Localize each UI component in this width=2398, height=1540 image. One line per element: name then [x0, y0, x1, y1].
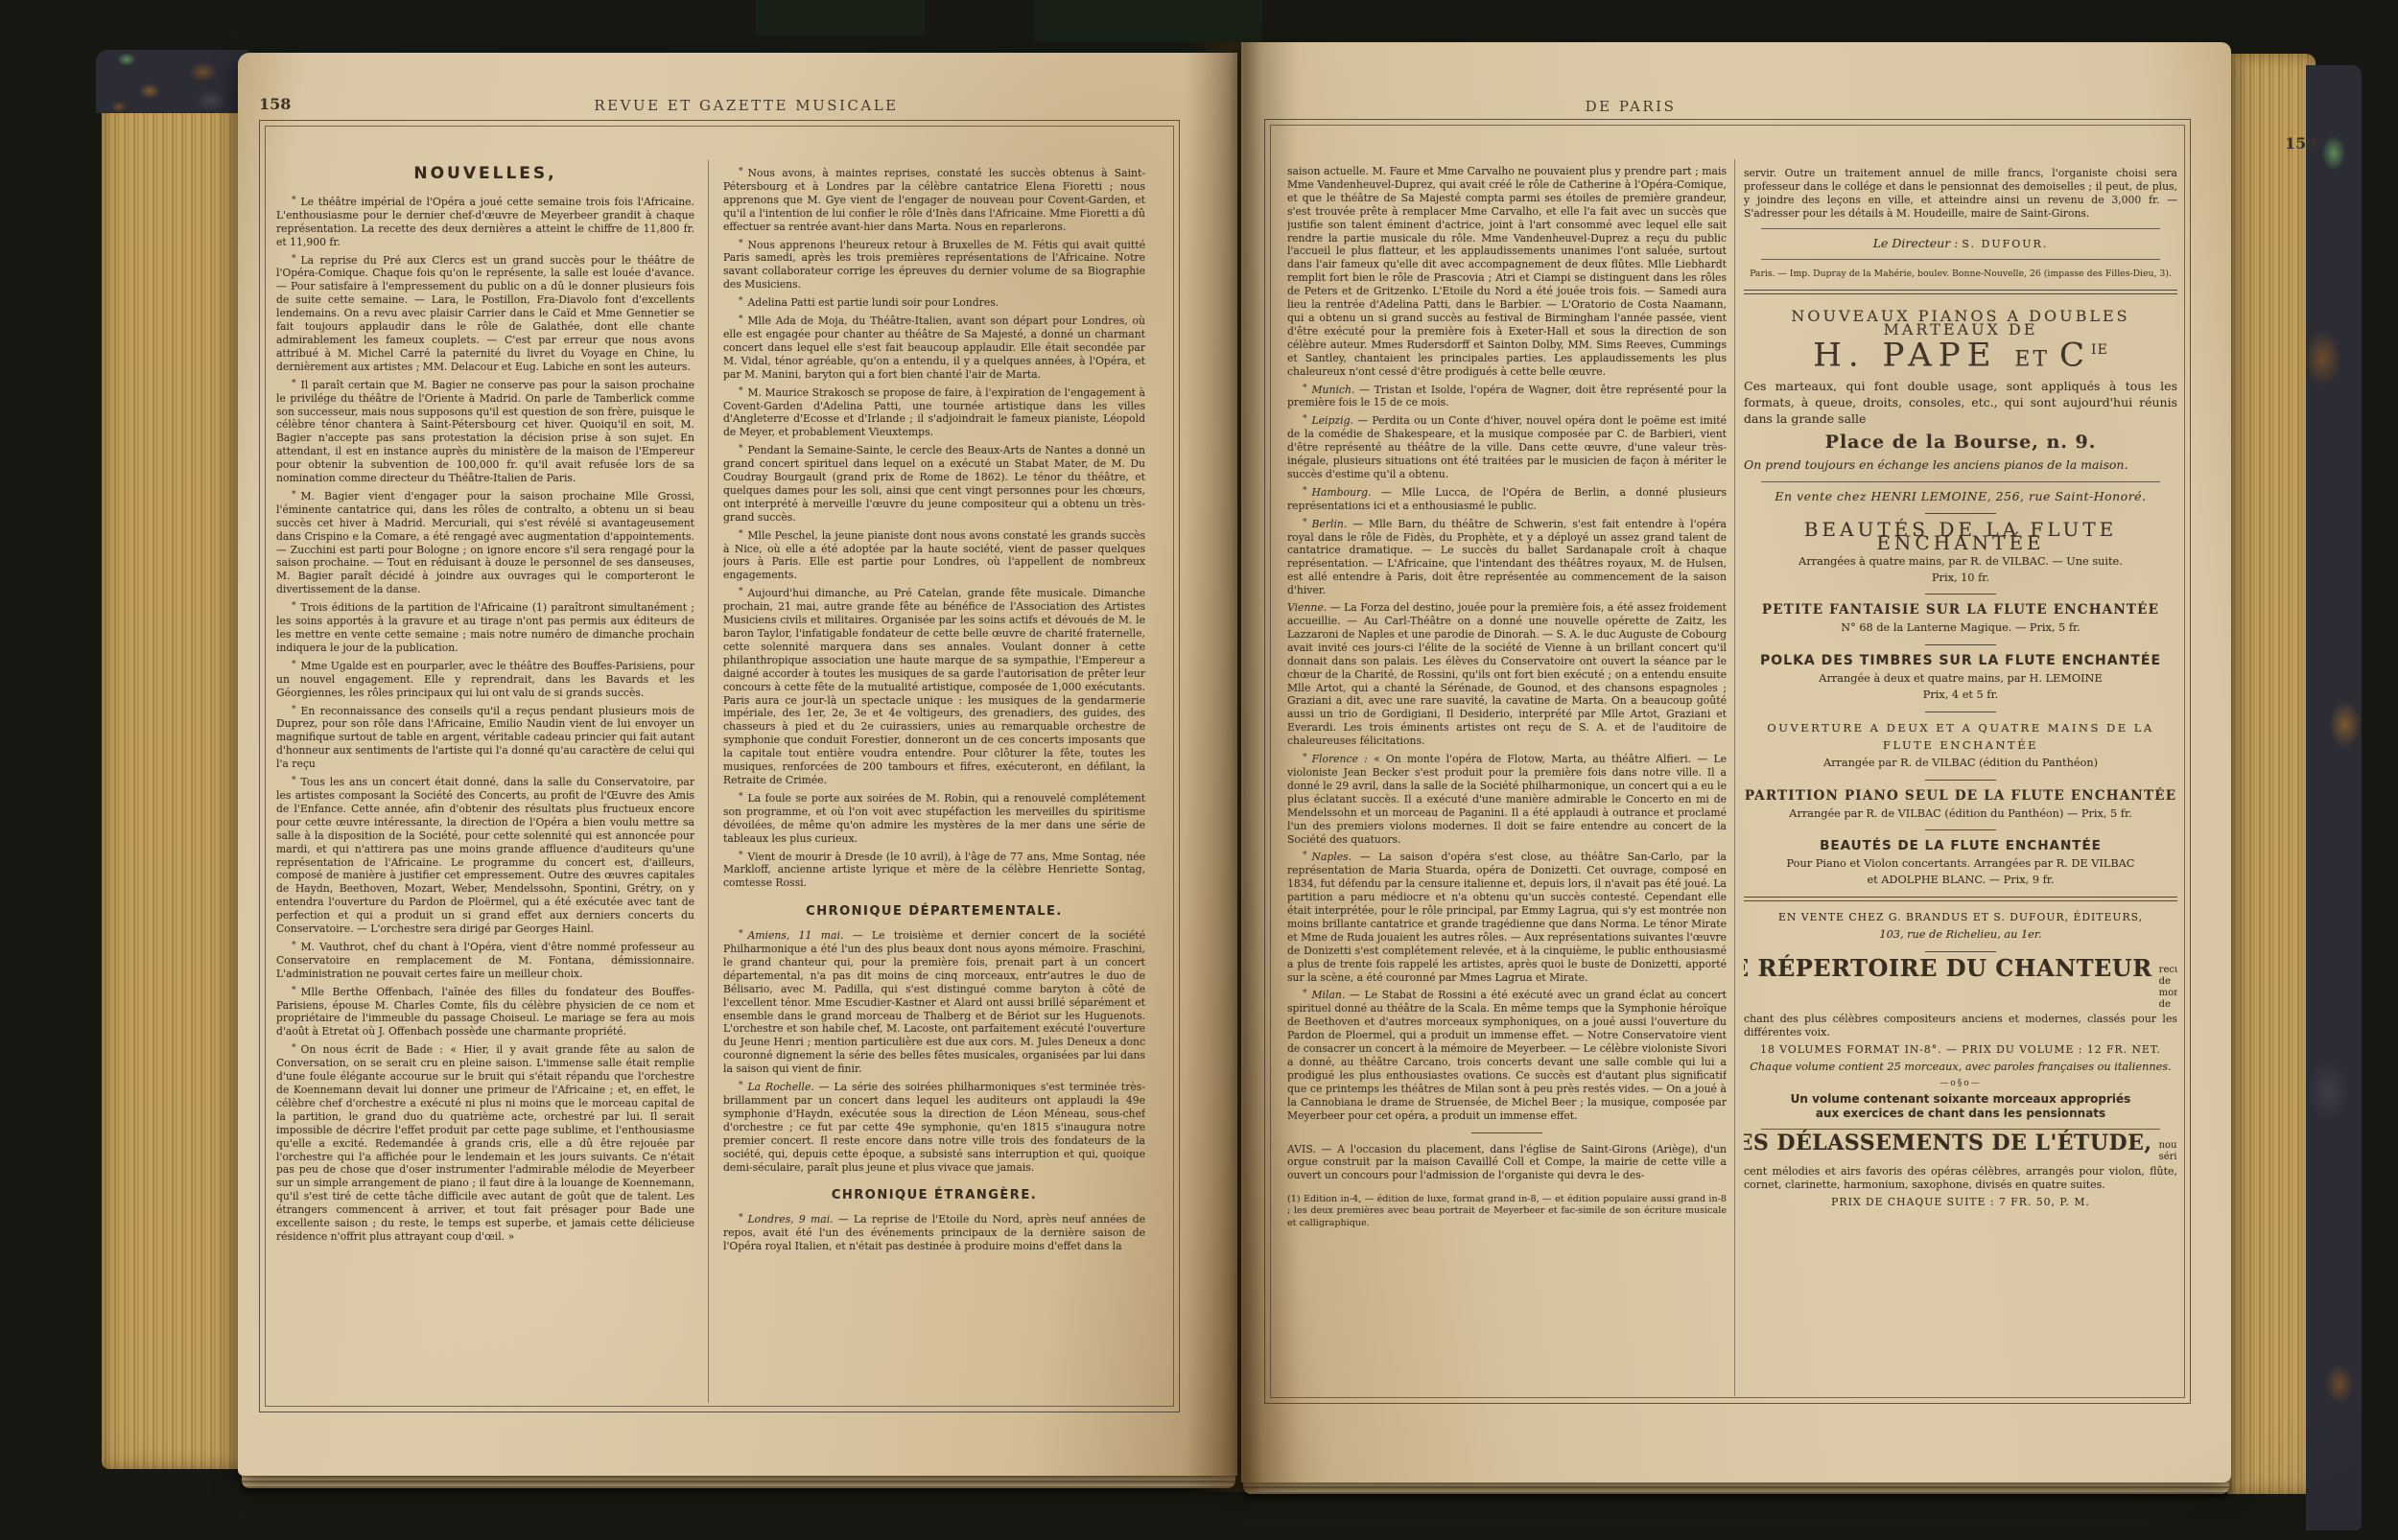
news-paragraph: *Amiens, 11 mai. — Le troisième et derni…: [723, 928, 1145, 1076]
ad-line: Arrangées à quatre mains, par R. de VILB…: [1744, 555, 2177, 569]
asterism-mark: *: [292, 941, 297, 950]
asterism-mark: *: [739, 1081, 744, 1090]
ad-line: BEAUTÉS DE LA FLUTE ENCHANTÉE: [1744, 524, 2177, 550]
ad-title-et: ET: [2014, 348, 2059, 372]
ad-line: Un volume contenant soixante morceaux ap…: [1744, 1093, 2177, 1107]
paragraph-lead: Florence :: [1312, 753, 1375, 765]
asterism-mark: *: [292, 986, 297, 995]
asterism-mark: *: [739, 167, 744, 176]
horizontal-rule: [1761, 228, 2160, 229]
horizontal-rule: [1744, 290, 2177, 294]
news-paragraph: *Mme Ugalde est en pourparler, avec le t…: [276, 659, 694, 700]
column-divider: [708, 160, 709, 1403]
ad-line: Arrangée à deux et quatre mains, par H. …: [1744, 672, 2177, 686]
ad-line: PRIX DE CHAQUE SUITE : 7 FR. 50, P. M.: [1744, 1196, 2177, 1209]
asterism-mark: *: [739, 444, 744, 454]
ad-line: Prix, 4 et 5 fr.: [1744, 688, 2177, 702]
ad-line: Place de la Bourse, n. 9.: [1744, 436, 2177, 450]
paragraph-lead: La Rochelle. —: [748, 1081, 835, 1093]
ad-line: aux exercices de chant dans les pensionn…: [1744, 1108, 2177, 1121]
news-paragraph: *La foule se porte aux soirées de M. Rob…: [723, 791, 1145, 846]
page-left: 158 REVUE ET GAZETTE MUSICALE NOUVELLES,…: [238, 53, 1237, 1476]
horizontal-rule: [1925, 513, 1996, 514]
horizontal-rule: [1471, 1132, 1542, 1133]
section-heading: CHRONIQUE ÉTRANGÈRE.: [723, 1189, 1145, 1202]
news-paragraph: *Florence : « On monte l'opéra de Flotow…: [1287, 752, 1727, 846]
ad-split-title: LES DÉLASSEMENTS DE L'ÉTUDE,nouvelleséri…: [1744, 1137, 2177, 1163]
ad-line: Chaque volume contient 25 morceaux, avec…: [1744, 1061, 2177, 1074]
news-paragraph: *Nous apprenons l'heureux retour à Bruxe…: [723, 238, 1145, 292]
news-paragraph: *Leipzig. — Perdita ou un Conte d'hiver,…: [1287, 413, 1727, 481]
paragraph-lead: Vienne. —: [1287, 601, 1344, 614]
continuation-paragraph: servir. Outre un traitement annuel de mi…: [1744, 167, 2177, 221]
director-label: Le Directeur :: [1873, 236, 1963, 250]
asterism-mark: *: [292, 776, 297, 785]
ad-split-side: nouvellesérie de: [2159, 1137, 2177, 1163]
ad-title-pape: H. PAPE ET CIE: [1744, 344, 2177, 366]
ad-line: FLUTE ENCHANTÉE: [1744, 739, 2177, 753]
ad-line: BEAUTÉS DE LA FLUTE ENCHANTÉE: [1744, 840, 2177, 853]
ad-split-main: LES DÉLASSEMENTS DE L'ÉTUDE,: [1744, 1137, 2152, 1151]
horizontal-rule: [1925, 644, 1996, 645]
ad-line: OUVERTURE A DEUX ET A QUATRE MAINS DE LA: [1744, 722, 2177, 735]
ad-split-side: recueil demorceaux de: [2159, 962, 2177, 1011]
asterism-mark: *: [292, 1043, 297, 1053]
asterism-mark: *: [292, 705, 297, 714]
ad-line: POLKA DES TIMBRES SUR LA FLUTE ENCHANTÉE: [1744, 655, 2177, 668]
imprint-line: Paris. — Imp. Dupray de la Mahérie, boul…: [1744, 268, 2177, 281]
book-cover-corner-left: [96, 50, 249, 113]
news-paragraph: *Mlle Ada de Moja, du Théâtre-Italien, a…: [723, 314, 1145, 382]
paragraph-lead: Munich. —: [1312, 384, 1375, 396]
news-paragraph: *Aujourd'hui dimanche, au Pré Catelan, g…: [723, 586, 1145, 787]
asterism-mark: *: [1303, 851, 1308, 860]
ad-line: 103, rue de Richelieu, au 1er.: [1744, 928, 2177, 942]
news-paragraph: *Mlle Berthe Offenbach, l'aînée des fill…: [276, 985, 694, 1039]
paragraph-lead: Hambourg. —: [1312, 486, 1402, 499]
asterism-mark: *: [739, 929, 744, 939]
asterism-mark: *: [292, 379, 297, 388]
continuation-paragraph: cent mélodies et airs favoris des opéras…: [1744, 1165, 2177, 1192]
news-paragraph: *Tous les ans un concert était donné, da…: [276, 775, 694, 936]
asterism-mark: *: [739, 296, 744, 306]
paragraph-lead: Milan. —: [1312, 989, 1365, 1001]
ad-line: 18 VOLUMES FORMAT IN-8°. — PRIX DU VOLUM…: [1744, 1043, 2177, 1057]
continuation-paragraph: chant des plus célèbres compositeurs anc…: [1744, 1013, 2177, 1039]
director-name: S. DUFOUR.: [1962, 238, 2048, 250]
news-paragraph: *En reconnaissance des conseils qu'il a …: [276, 704, 694, 772]
horizontal-rule: [1925, 594, 1996, 595]
asterism-mark: *: [739, 851, 744, 860]
text-column: *Nous avons, à maintes reprises, constat…: [723, 166, 1145, 1405]
page-number: 158: [259, 95, 291, 113]
news-paragraph: Vienne. — La Forza del destino, jouée po…: [1287, 601, 1727, 748]
section-heading: NOUVELLES,: [276, 168, 694, 181]
ad-line: EN VENTE CHEZ G. BRANDUS ET S. DUFOUR, É…: [1744, 911, 2177, 924]
news-paragraph: *M. Maurice Strakosch se propose de fair…: [723, 385, 1145, 440]
ad-line: Prix, 10 fr.: [1744, 572, 2177, 585]
news-paragraph: AVIS. — A l'occasion du placement, dans …: [1287, 1143, 1727, 1183]
ad-line: —o§o—: [1744, 1078, 2177, 1091]
paragraph-lead: Londres, 9 mai. —: [748, 1213, 854, 1225]
continuation-paragraph: On prend toujours en échange les anciens…: [1744, 457, 2177, 474]
asterism-mark: *: [1303, 384, 1308, 393]
asterism-mark: *: [1303, 414, 1308, 424]
ad-split-main: LE RÉPERTOIRE DU CHANTEUR: [1744, 962, 2152, 975]
news-paragraph: *La Rochelle. — La série des soirées phi…: [723, 1080, 1145, 1174]
photo-background: 158 REVUE ET GAZETTE MUSICALE NOUVELLES,…: [0, 0, 2398, 1540]
asterism-mark: *: [1303, 753, 1308, 762]
running-head: DE PARIS: [1241, 98, 2020, 115]
news-paragraph: *La reprise du Pré aux Clercs est un gra…: [276, 253, 694, 374]
news-paragraph: *Il paraît certain que M. Bagier ne cons…: [276, 378, 694, 485]
asterism-mark: *: [739, 792, 744, 802]
book-page-edges-left: [102, 56, 244, 1469]
background-object: [1034, 0, 1262, 42]
news-paragraph: *Trois éditions de la partition de l'Afr…: [276, 600, 694, 655]
ad-line: Arrangée par R. de VILBAC (édition du Pa…: [1744, 807, 2177, 821]
asterism-mark: *: [292, 660, 297, 669]
news-paragraph: *M. Vauthrot, chef du chant à l'Opéra, v…: [276, 940, 694, 981]
news-paragraph: *Mlle Peschel, la jeune pianiste dont no…: [723, 528, 1145, 583]
asterism-mark: *: [1303, 486, 1308, 496]
horizontal-rule: [1761, 481, 2160, 482]
news-paragraph: *On nous écrit de Bade : « Hier, il y av…: [276, 1042, 694, 1244]
background-object: [756, 0, 925, 36]
ad-line: NOUVEAUX PIANOS A DOUBLES MARTEAUX DE: [1744, 310, 2177, 337]
text-column: servir. Outre un traitement annuel de mi…: [1744, 167, 2177, 1400]
news-paragraph: *Le théâtre impérial de l'Opéra a joué c…: [276, 195, 694, 249]
news-paragraph: *Pendant la Semaine-Sainte, le cercle de…: [723, 443, 1145, 524]
news-paragraph: *M. Bagier vient d'engager pour la saiso…: [276, 489, 694, 596]
ad-line: Pour Piano et Violon concertants. Arrang…: [1744, 857, 2177, 871]
ad-title-sup: IE: [2091, 342, 2108, 358]
asterism-mark: *: [292, 601, 297, 611]
ad-line: et ADOLPHE BLANC. — Prix, 9 fr.: [1744, 874, 2177, 887]
asterism-mark: *: [292, 490, 297, 500]
news-paragraph: *Naples. — La saison d'opéra s'est close…: [1287, 850, 1727, 984]
text-column: saison actuelle. M. Faure et Mme Carvalh…: [1287, 165, 1727, 1398]
asterism-mark: *: [1303, 518, 1308, 527]
footnote: (1) Edition in-4, — édition de luxe, for…: [1287, 1194, 1727, 1229]
book-page-edges-right: [2227, 54, 2316, 1494]
ad-title-name: H. PAPE: [1813, 337, 2014, 375]
asterism-mark: *: [739, 529, 744, 539]
continuation-paragraph: Ces marteaux, qui font double usage, son…: [1744, 378, 2177, 427]
ad-line: PETITE FANTAISIE SUR LA FLUTE ENCHANTÉE: [1744, 604, 2177, 618]
horizontal-rule: [1761, 259, 2160, 260]
asterism-mark: *: [739, 315, 744, 324]
continuation-paragraph: saison actuelle. M. Faure et Mme Carvalh…: [1287, 165, 1727, 379]
asterism-mark: *: [1303, 989, 1308, 998]
paragraph-lead: Amiens, 11 mai. —: [748, 929, 872, 942]
paragraph-lead: Leipzig. —: [1312, 414, 1373, 427]
text-column: NOUVELLES,*Le théâtre impérial de l'Opér…: [276, 166, 694, 1405]
news-paragraph: *Nous avons, à maintes reprises, constat…: [723, 166, 1145, 234]
paragraph-lead: Naples. —: [1312, 851, 1379, 863]
ad-split-title: LE RÉPERTOIRE DU CHANTEURrecueil demorce…: [1744, 962, 2177, 1011]
asterism-mark: *: [739, 239, 744, 248]
news-paragraph: *Vient de mourir à Dresde (le 10 avril),…: [723, 850, 1145, 891]
news-paragraph: *Londres, 9 mai. — La reprise de l'Etoil…: [723, 1212, 1145, 1253]
running-head: REVUE ET GAZETTE MUSICALE: [315, 97, 1178, 114]
news-paragraph: *Milan. — Le Stabat de Rossini a été exé…: [1287, 988, 1727, 1122]
news-paragraph: *Hambourg. — Mlle Lucca, de l'Opéra de B…: [1287, 485, 1727, 513]
horizontal-rule: [1761, 1129, 2160, 1130]
section-heading: CHRONIQUE DÉPARTEMENTALE.: [723, 905, 1145, 919]
horizontal-rule: [1744, 897, 2177, 901]
column-divider: [1734, 159, 1735, 1396]
asterism-mark: *: [739, 587, 744, 596]
news-paragraph: *Berlin. — Mlle Barn, du théâtre de Schw…: [1287, 517, 1727, 597]
horizontal-rule: [1925, 951, 1996, 952]
paragraph-lead: Berlin. —: [1312, 518, 1370, 530]
news-paragraph: *Adelina Patti est partie lundi soir pou…: [723, 295, 1145, 310]
ad-line: PARTITION PIANO SEUL DE LA FLUTE ENCHANT…: [1744, 790, 2177, 804]
horizontal-rule: [1925, 712, 1996, 712]
horizontal-rule: [1925, 829, 1996, 830]
ad-line: Arrangée par R. de VILBAC (édition du Pa…: [1744, 757, 2177, 770]
director-signature: Le Directeur : S. DUFOUR.: [1744, 237, 2177, 251]
page-right: 159 DE PARIS saison actuelle. M. Faure e…: [1241, 42, 2231, 1482]
asterism-mark: *: [739, 1213, 744, 1223]
ad-title-cie: C: [2059, 337, 2091, 375]
asterism-mark: *: [292, 254, 297, 264]
asterism-mark: *: [739, 386, 744, 396]
ad-line: En vente chez HENRI LEMOINE, 256, rue Sa…: [1744, 490, 2177, 503]
asterism-mark: *: [292, 196, 297, 205]
book-cover-right: [2306, 65, 2362, 1530]
ad-line: N° 68 de la Lanterne Magique. — Prix, 5 …: [1744, 621, 2177, 635]
news-paragraph: *Munich. — Tristan et Isolde, l'opéra de…: [1287, 383, 1727, 410]
page-number: 159: [2285, 134, 2316, 152]
horizontal-rule: [1925, 780, 1996, 781]
